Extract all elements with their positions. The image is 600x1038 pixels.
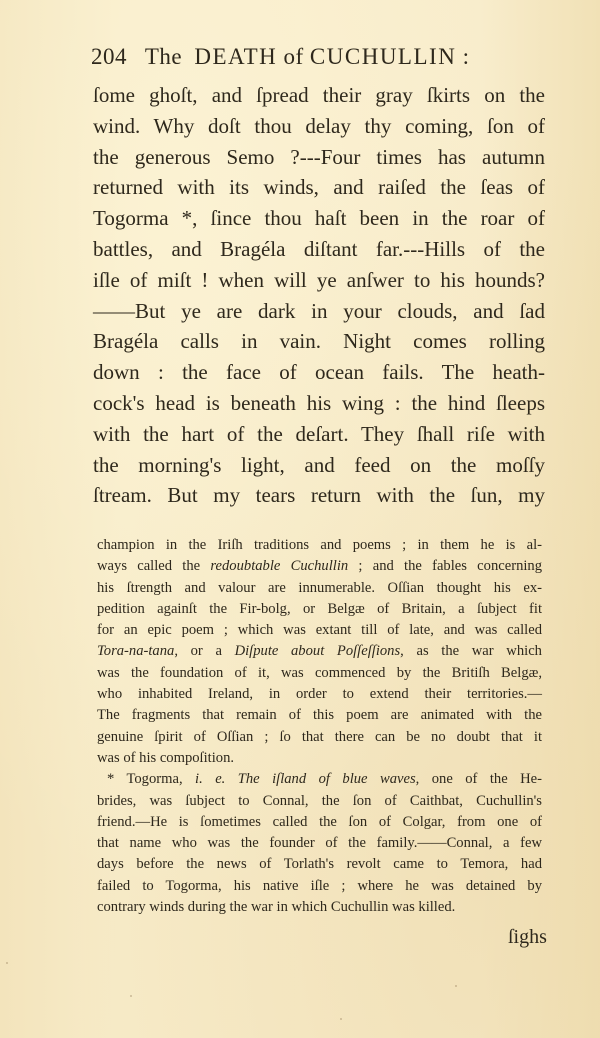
footnote-text: who inhabited Ireland, in order to exten… [97, 686, 542, 702]
footnote-line: for an epic poem ; which was extant till… [97, 620, 542, 641]
footnote-line: The fragments that remain of this poem a… [97, 705, 542, 726]
footnote-text: was of his compoſition. [97, 750, 234, 766]
footnote-text: friend.—He is ſometimes called the ſon o… [97, 814, 542, 830]
footnote-line: contrary winds during the war in which C… [97, 897, 542, 918]
footnote-line: champion in the Iriſh traditions and poe… [97, 535, 542, 556]
header-title-cuchullin: CUCHULLIN [310, 44, 456, 69]
footnote-line: pedition againſt the Fir-bolg, or Belgæ … [97, 599, 542, 620]
footnote-line: failed to Togorma, his native iſle ; whe… [97, 876, 542, 897]
footnote-text: his ſtrength and valour are innumerable.… [97, 580, 542, 596]
text-line: the morning's light, and feed on the moſ… [93, 450, 545, 481]
text-line: the generous Semo ?---Four times has aut… [93, 142, 545, 173]
paper-speck [6, 962, 8, 964]
text-line: ——But ye are dark in your clouds, and ſa… [93, 296, 545, 327]
text-line: Bragéla calls in vain. Night comes rolli… [93, 326, 545, 357]
footnote-text: genuine ſpirit of Oſſian ; ſo that there… [97, 729, 542, 745]
footnote-text: was the foundation of it, was commenced … [97, 665, 542, 681]
catchword: ſighs [508, 926, 547, 949]
italic-text: Tora-na-tana [97, 643, 174, 659]
paper-speck [455, 985, 457, 987]
italic-text: i. e. The iſland of blue waves [195, 771, 416, 787]
footnote-line: days before the news of Torlath's revolt… [97, 854, 542, 875]
italic-text: redoubtable Cuchullin [210, 558, 348, 574]
footnote-line: genuine ſpirit of Oſſian ; ſo that there… [97, 727, 542, 748]
footnote-text: The fragments that remain of this poem a… [97, 707, 542, 723]
footnote-text: that name who was the founder of the fam… [97, 835, 542, 851]
footnote-text: failed to Togorma, his native iſle ; whe… [97, 878, 542, 894]
footnote-text: ways called the [97, 558, 210, 574]
text-line: Togorma *, ſince thou haſt been in the r… [93, 203, 545, 234]
footnote-line: that name who was the founder of the fam… [97, 833, 542, 854]
footnote-continued: champion in the Iriſh traditions and poe… [97, 535, 542, 769]
footnote-text: contrary winds during the war in which C… [97, 899, 455, 915]
footnote-line: Tora-na-tana, or a Diſpute about Poſſeſſ… [97, 641, 542, 662]
footnote-text: ; and the fables concerning [348, 558, 542, 574]
footnote-text: , or a [174, 643, 234, 659]
footnote-togorma: * Togorma, i. e. The iſland of blue wave… [97, 769, 542, 918]
text-line: wind. Why doſt thou delay thy coming, ſo… [93, 111, 545, 142]
footnote-text: champion in the Iriſh traditions and poe… [97, 537, 542, 553]
italic-text: Diſpute about Poſſeſſions [235, 643, 401, 659]
footnote-line: was of his compoſition. [97, 748, 542, 769]
main-text-block: ſome ghoſt, and ſpread their gray ſkirts… [93, 80, 545, 511]
footnotes-block: champion in the Iriſh traditions and poe… [97, 535, 542, 918]
footnote-line: friend.—He is ſometimes called the ſon o… [97, 812, 542, 833]
footnote-text: days before the news of Torlath's revolt… [97, 856, 542, 872]
text-line: ſome ghoſt, and ſpread their gray ſkirts… [93, 80, 545, 111]
text-line: with the hart of the deſart. They ſhall … [93, 419, 545, 450]
footnote-text: * Togorma, [107, 771, 195, 787]
header-title-colon: : [463, 44, 470, 69]
footnote-text: , as the war which [400, 643, 542, 659]
footnote-line: * Togorma, i. e. The iſland of blue wave… [97, 769, 542, 790]
text-line: down : the face of ocean fails. The heat… [93, 357, 545, 388]
paper-speck [210, 120, 212, 122]
header-title-of: of [284, 44, 304, 69]
running-header: 204 The DEATH of CUCHULLIN : [91, 44, 531, 78]
text-line: returned with its winds, and raiſed the … [93, 172, 545, 203]
header-title-article: The [145, 44, 182, 69]
header-title-death: DEATH [194, 44, 277, 69]
text-line: iſle of miſt ! when will ye anſwer to hi… [93, 265, 545, 296]
text-line: cock's head is beneath his wing : the hi… [93, 388, 545, 419]
footnote-line: his ſtrength and valour are innumerable.… [97, 578, 542, 599]
footnote-text: brides, was ſubject to Connal, the ſon o… [97, 793, 542, 809]
text-line: ſtream. But my tears return with the ſun… [93, 480, 545, 511]
footnote-line: who inhabited Ireland, in order to exten… [97, 684, 542, 705]
footnote-text: , one of the He- [416, 771, 542, 787]
footnote-line: ways called the redoubtable Cuchullin ; … [97, 556, 542, 577]
page-number: 204 [91, 44, 127, 69]
paper-speck [130, 995, 132, 997]
footnote-text: pedition againſt the Fir-bolg, or Belgæ … [97, 601, 542, 617]
footnote-line: brides, was ſubject to Connal, the ſon o… [97, 791, 542, 812]
text-line: battles, and Bragéla diſtant far.---Hill… [93, 234, 545, 265]
paper-speck [340, 1018, 342, 1020]
footnote-text: for an epic poem ; which was extant till… [97, 622, 542, 638]
footnote-line: was the foundation of it, was commenced … [97, 663, 542, 684]
book-page: 204 The DEATH of CUCHULLIN : ſome ghoſt,… [0, 0, 600, 1038]
